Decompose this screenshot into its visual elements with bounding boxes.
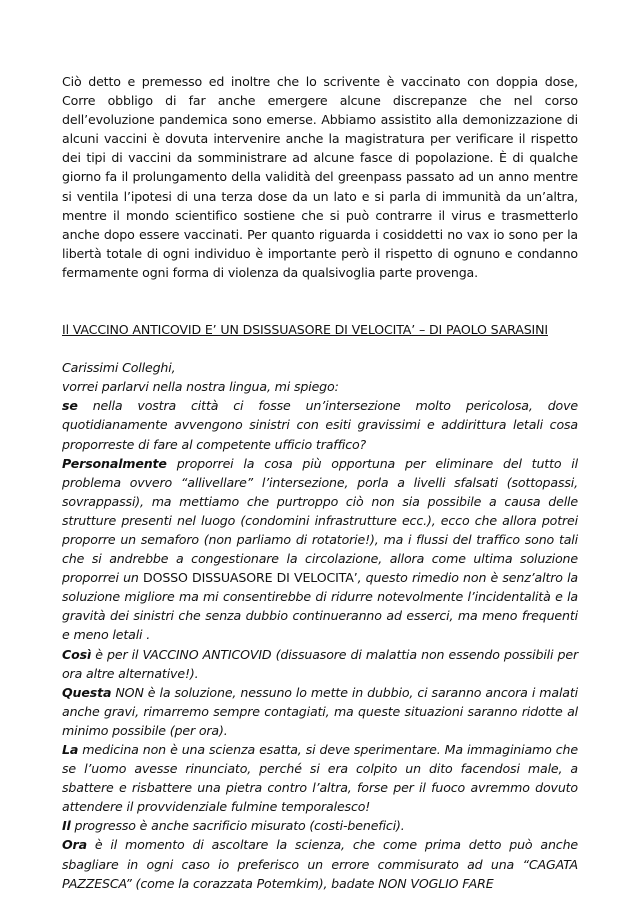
paragraph-lead: La	[62, 742, 78, 757]
spacer	[62, 282, 578, 320]
letter-paragraph: Il progresso è anche sacrificio misurato…	[62, 816, 578, 835]
paragraph-text: NON è la soluzione, nessuno lo mette in …	[62, 685, 578, 738]
paragraph-lead: se	[62, 398, 78, 413]
letter-paragraph: La medicina non è una scienza esatta, si…	[62, 740, 578, 816]
paragraph-lead: Questa	[62, 685, 111, 700]
letter-paragraph: Ora è il momento di ascoltare la scienza…	[62, 835, 578, 892]
paragraph-text: medicina non è una scienza esatta, si de…	[62, 742, 578, 814]
document-page: Ciò detto e premesso ed inoltre che lo s…	[62, 72, 578, 893]
paragraph-text: nella vostra città ci fosse un’intersezi…	[62, 398, 578, 451]
letter-body: Carissimi Colleghi, vorrei parlarvi nell…	[62, 358, 578, 893]
paragraph-lead: Ora	[62, 837, 87, 852]
paragraph-text: proporrei la cosa più opportuna per elim…	[62, 456, 578, 586]
paragraph-text: è per il VACCINO ANTICOVID (dissuasore d…	[62, 647, 578, 681]
paragraph-text: è il momento di ascoltare la scienza, ch…	[62, 837, 578, 890]
paragraph-lead: Il	[62, 818, 71, 833]
letter-opening: vorrei parlarvi nella nostra lingua, mi …	[62, 377, 578, 396]
letter-paragraph: Così è per il VACCINO ANTICOVID (dissuas…	[62, 645, 578, 683]
paragraph-text: progresso è anche sacrificio misurato (c…	[71, 818, 405, 833]
paragraph-lead: Così	[62, 647, 91, 662]
paragraph-lead: Personalmente	[62, 456, 167, 471]
paragraph-emphasis: DOSSO DISSUASORE DI VELOCITA’	[143, 570, 358, 585]
letter-paragraph: Personalmente proporrei la cosa più oppo…	[62, 454, 578, 645]
letter-salutation: Carissimi Colleghi,	[62, 358, 578, 377]
intro-paragraph: Ciò detto e premesso ed inoltre che lo s…	[62, 72, 578, 282]
section-title: Il VACCINO ANTICOVID E’ UN DSISSUASORE D…	[62, 320, 578, 339]
letter-paragraph: Questa NON è la soluzione, nessuno lo me…	[62, 683, 578, 740]
spacer	[62, 339, 578, 358]
letter-paragraph: se nella vostra città ci fosse un’inters…	[62, 396, 578, 453]
